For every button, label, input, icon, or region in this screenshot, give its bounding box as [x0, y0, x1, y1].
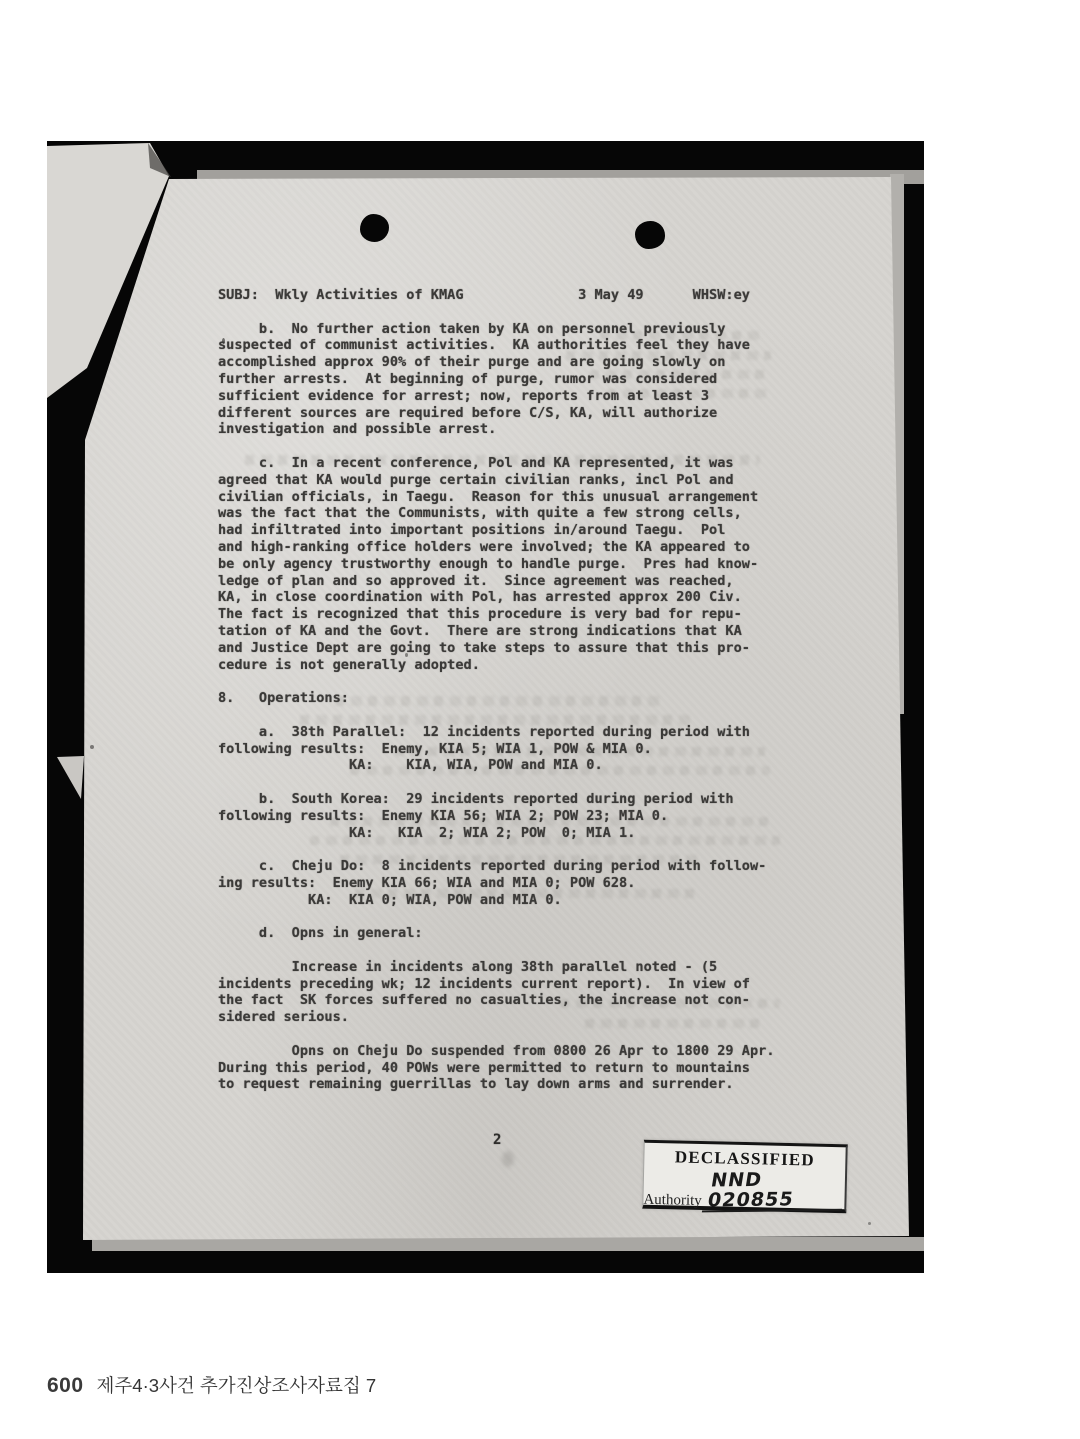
text-line: tation of KA and the Govt. There are str…: [218, 623, 838, 640]
text-line: b. South Korea: 29 incidents reported du…: [218, 791, 838, 808]
book-page: { "scan": { "document_lines": [ "SUBJ: W…: [0, 0, 1080, 1439]
text-line: [218, 908, 838, 925]
text-line: KA: KIA, WIA, POW and MIA 0.: [218, 757, 838, 774]
text-line: KA, in close coordination with Pol, has …: [218, 589, 838, 606]
text-line: [218, 1026, 838, 1043]
document-page-number: 2: [493, 1132, 501, 1148]
text-line: to request remaining guerrillas to lay d…: [218, 1076, 838, 1093]
text-line: During this period, 40 POWs were permitt…: [218, 1060, 838, 1077]
text-line: SUBJ: Wkly Activities of KMAG 3 May 49 W…: [218, 287, 838, 304]
book-caption: 600 제주4·3사건 추가진상조사자료집 7: [47, 1372, 376, 1398]
text-line: ing results: Enemy KIA 66; WIA and MIA 0…: [218, 875, 838, 892]
text-line: incidents preceding wk; 12 incidents cur…: [218, 976, 838, 993]
text-line: accomplished approx 90% of their purge a…: [218, 354, 838, 371]
text-line: [218, 707, 838, 724]
text-line: civilian officials, in Taegu. Reason for…: [218, 489, 838, 506]
text-line: suspected of communist activities. KA au…: [218, 337, 838, 354]
text-line: [218, 774, 838, 791]
stamp-authority-label: Authority: [643, 1192, 702, 1210]
text-line: Opns on Cheju Do suspended from 0800 26 …: [218, 1043, 838, 1060]
text-line: different sources are required before C/…: [218, 405, 838, 422]
text-line: be only agency trustworthy enough to han…: [218, 556, 838, 573]
text-line: Increase in incidents along 38th paralle…: [218, 959, 838, 976]
typewritten-text: SUBJ: Wkly Activities of KMAG 3 May 49 W…: [218, 287, 838, 1093]
text-line: cedure is not generally adopted.: [218, 657, 838, 674]
text-line: The fact is recognized that this procedu…: [218, 606, 838, 623]
text-line: ledge of plan and so approved it. Since …: [218, 573, 838, 590]
text-line: b. No further action taken by KA on pers…: [218, 321, 838, 338]
text-line: [218, 304, 838, 321]
text-line: further arrests. At beginning of purge, …: [218, 371, 838, 388]
text-line: had infiltrated into important positions…: [218, 522, 838, 539]
book-page-number: 600: [47, 1374, 84, 1398]
dust-speck: [868, 1222, 871, 1225]
text-line: and Justice Dept are going to take steps…: [218, 640, 838, 657]
text-line: following results: Enemy, KIA 5; WIA 1, …: [218, 741, 838, 758]
text-line: investigation and possible arrest.: [218, 421, 838, 438]
book-title: 제주4·3사건 추가진상조사자료집 7: [97, 1372, 377, 1398]
text-line: [218, 673, 838, 690]
text-line: c. Cheju Do: 8 incidents reported during…: [218, 858, 838, 875]
text-line: and high-ranking office holders were inv…: [218, 539, 838, 556]
text-line: KA: KIA 2; WIA 2; POW 0; MIA 1.: [218, 825, 838, 842]
punch-hole-right: [635, 221, 665, 249]
text-line: a. 38th Parallel: 12 incidents reported …: [218, 724, 838, 741]
text-line: the fact SK forces suffered no casualtie…: [218, 992, 838, 1009]
text-line: [218, 438, 838, 455]
text-line: agreed that KA would purge certain civil…: [218, 472, 838, 489]
text-line: was the fact that the Communists, with q…: [218, 505, 838, 522]
text-line: [218, 942, 838, 959]
text-line: [218, 841, 838, 858]
ink-smudge: [502, 1151, 514, 1167]
text-line: c. In a recent conference, Pol and KA re…: [218, 455, 838, 472]
text-line: KA: KIA 0; WIA, POW and MIA 0.: [218, 892, 838, 909]
text-line: 8. Operations:: [218, 690, 838, 707]
punch-hole-left: [360, 214, 389, 242]
declassified-stamp: DECLASSIFIED Authority NND 020855: [642, 1140, 848, 1214]
text-line: following results: Enemy KIA 56; WIA 2; …: [218, 808, 838, 825]
text-line: d. Opns in general:: [218, 925, 838, 942]
dust-speck: [90, 745, 94, 749]
handwritten-authority-number: NND 020855: [702, 1169, 848, 1213]
text-line: sufficient evidence for arrest; now, rep…: [218, 388, 838, 405]
scanned-document-photo: SUBJ: Wkly Activities of KMAG 3 May 49 W…: [47, 141, 924, 1273]
text-line: sidered serious.: [218, 1009, 838, 1026]
